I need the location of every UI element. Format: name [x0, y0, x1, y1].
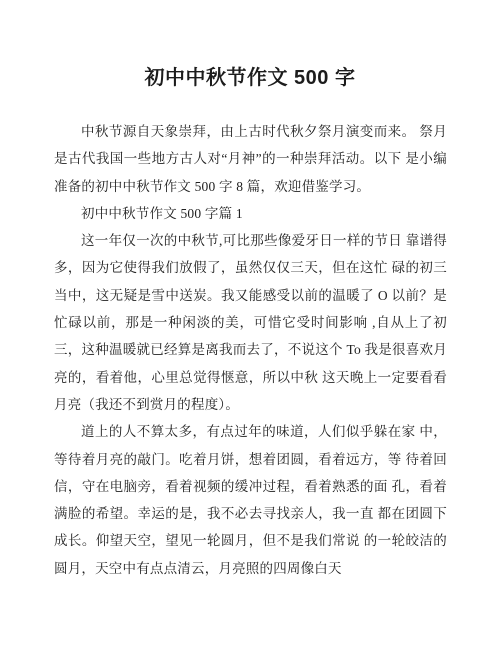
document-title: 初中中秋节作文 500 字: [0, 0, 500, 93]
paragraph-essay-2: 道上的人不算太多，有点过年的味道，人们似乎躲在家 中，等待着月亮的敲门。吃着月饼…: [54, 418, 447, 582]
document-body: 中秋节源自天象崇拜，由上古时代秋夕祭月演变而来。 祭月是古代我国一些地方古人对“…: [54, 118, 447, 582]
paragraph-essay-1: 这一年仅一次的中秋节,可比那些像爱牙日一样的节日 靠谱得多，因为它使得我们放假了…: [54, 227, 447, 418]
document-page: 初中中秋节作文 500 字 中秋节源自天象崇拜，由上古时代秋夕祭月演变而来。 祭…: [0, 0, 500, 662]
paragraph-intro: 中秋节源自天象崇拜，由上古时代秋夕祭月演变而来。 祭月是古代我国一些地方古人对“…: [54, 118, 447, 200]
paragraph-section-heading: 初中中秋节作文 500 字篇 1: [54, 200, 447, 227]
